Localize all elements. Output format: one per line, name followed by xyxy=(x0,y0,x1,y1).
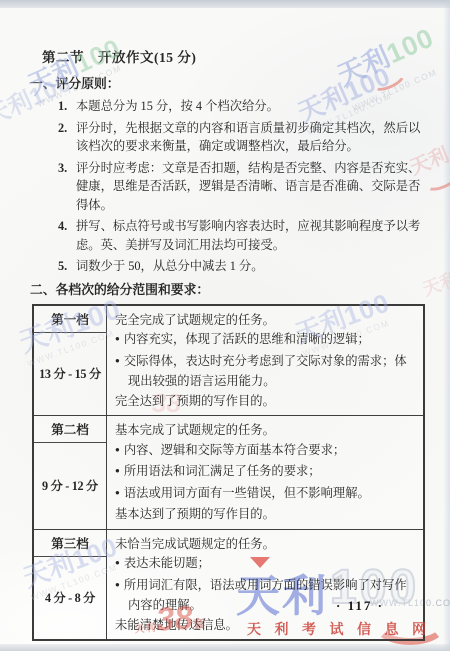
grading-rubric-table: 第一档 13 分 - 15 分 完全完成了试题规定的任务。 内容充实，体现了活跃… xyxy=(32,304,425,642)
scan-edge-top xyxy=(0,0,450,8)
tier-label: 第一档 xyxy=(34,306,106,333)
task-line: 基本完成了试题规定的任务。 xyxy=(115,421,417,440)
principle-item: 1. 本题总分为 15 分，按 4 个档次给分。 xyxy=(58,97,422,116)
tier-score-cell: 第二档 9 分 - 12 分 xyxy=(34,416,107,529)
conclusion-line: 完全达到了预期的写作目的。 xyxy=(115,392,417,411)
score-range: 13 分 - 15 分 xyxy=(34,333,106,416)
section-heading: 第二节 开放作文(15 分) xyxy=(42,48,422,68)
tier-label: 第二档 xyxy=(34,416,106,443)
bullet-item: 表达未能切题； xyxy=(115,554,417,575)
score-range: 4 分 - 8 分 xyxy=(34,557,106,640)
item-number: 2. xyxy=(58,119,76,156)
criteria-cell: 基本完成了试题规定的任务。 内容、逻辑和交际等方面基本符合要求； 所用语法和词汇… xyxy=(107,416,423,529)
principle-item: 4. 拼写、标点符号或书写影响内容表达时，应视其影响程度予以考虑。英、美拼写及词… xyxy=(58,217,422,254)
principle-item: 2. 评分时，先根据文章的内容和语言质量初步确定其档次，然后以该档次的要求来衡量… xyxy=(58,119,422,156)
tier-label: 第三档 xyxy=(34,530,106,557)
score-range: 9 分 - 12 分 xyxy=(34,443,106,529)
tier-score-cell: 第一档 13 分 - 15 分 xyxy=(34,306,107,416)
page-number: · 117 · xyxy=(336,598,384,614)
conclusion-line: 基本达到了预期的写作目的。 xyxy=(115,505,417,524)
task-line: 未恰当完成试题规定的任务。 xyxy=(115,535,417,554)
principle-item: 3. 评分时应考虑：文章是否扣题，结构是否完整、内容是否充实、健康，思维是否活跃… xyxy=(58,159,422,215)
item-number: 1. xyxy=(58,97,76,116)
item-text: 本题总分为 15 分，按 4 个档次给分。 xyxy=(76,97,422,116)
bullet-item: 所用语法和词汇满足了任务的要求； xyxy=(115,462,417,483)
bullet-item: 内容、逻辑和交际等方面基本符合要求； xyxy=(115,441,417,462)
principles-title: 一、评分原则： xyxy=(30,75,422,93)
item-text: 评分时应考虑：文章是否扣题，结构是否完整、内容是否充实、健康，思维是否活跃，逻辑… xyxy=(76,159,422,215)
rubric-title: 二、各档次的给分范围和要求： xyxy=(30,281,422,299)
principle-item: 5. 词数少于 50，从总分中减去 1 分。 xyxy=(58,257,422,276)
scan-edge-right xyxy=(443,0,450,651)
bullet-item: 内容充实，体现了活跃的思维和清晰的逻辑； xyxy=(115,330,417,351)
bullet-item: 语法或用词方面有一些错误，但不影响理解。 xyxy=(115,484,417,505)
item-text: 词数少于 50，从总分中减去 1 分。 xyxy=(76,257,422,276)
item-number: 3. xyxy=(58,159,76,215)
footer-site-name: 天利考试信息网 xyxy=(247,619,440,639)
tier-score-cell: 第三档 4 分 - 8 分 xyxy=(34,530,107,640)
item-text: 拼写、标点符号或书写影响内容表达时，应视其影响程度予以考虑。英、美拼写及词汇用法… xyxy=(76,217,422,254)
document-content: 第二节 开放作文(15 分) 一、评分原则： 1. 本题总分为 15 分，按 4… xyxy=(30,48,422,641)
scan-edge-bottom xyxy=(0,644,450,651)
table-row: 第二档 9 分 - 12 分 基本完成了试题规定的任务。 内容、逻辑和交际等方面… xyxy=(34,416,423,530)
task-line: 完全完成了试题规定的任务。 xyxy=(115,311,417,330)
scanned-document-page: 第二节 开放作文(15 分) 一、评分原则： 1. 本题总分为 15 分，按 4… xyxy=(0,0,450,651)
bullet-item: 交际得体，表达时充分考虑到了交际对象的需求；体现出较强的语言运用能力。 xyxy=(115,352,417,391)
item-number: 5. xyxy=(58,257,76,276)
criteria-cell: 完全完成了试题规定的任务。 内容充实，体现了活跃的思维和清晰的逻辑； 交际得体，… xyxy=(107,306,423,416)
table-row: 第一档 13 分 - 15 分 完全完成了试题规定的任务。 内容充实，体现了活跃… xyxy=(34,306,423,417)
item-number: 4. xyxy=(58,217,76,254)
item-text: 评分时，先根据文章的内容和语言质量初步确定其档次，然后以该档次的要求来衡量，确定… xyxy=(76,119,422,156)
